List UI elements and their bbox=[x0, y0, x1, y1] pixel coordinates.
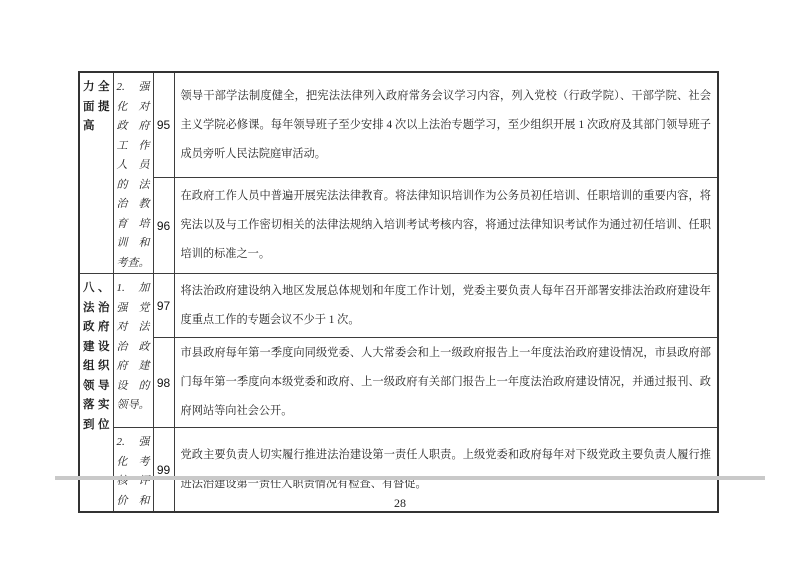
table-row: 96 在政府工作人员中普遍开展宪法法律教育。将法律知识培训作为公务员初任培训、任… bbox=[79, 178, 718, 274]
assessment-items-table: 力全面提高 2.强化对政府工作人员的法治教育培训和考查。 95 领导干部学法制度… bbox=[78, 71, 719, 513]
table-row: 98 市县政府每年第一季度向同级党委、人大常委会和上一级政府报告上一年度法治政府… bbox=[79, 338, 718, 428]
item-number: 96 bbox=[153, 178, 174, 274]
item-content: 市县政府每年第一季度向同级党委、人大常委会和上一级政府报告上一年度法治政府建设情… bbox=[174, 338, 718, 428]
item-number: 95 bbox=[153, 72, 174, 178]
table-row: 八、法治政府建设组织领导落实到位 1.加强党对法治政府建设的领导。 97 将法治… bbox=[79, 274, 718, 338]
measure-cell: 2.强化对政府工作人员的法治教育培训和考查。 bbox=[113, 72, 153, 274]
item-content: 领导干部学法制度健全，把宪法法律列入政府常务会议学习内容，列入党校（行政学院）、… bbox=[174, 72, 718, 178]
page-number: 28 bbox=[0, 496, 800, 511]
item-content: 将法治政府建设纳入地区发展总体规划和年度工作计划，党委主要负责人每年召开部署安排… bbox=[174, 274, 718, 338]
table-row: 力全面提高 2.强化对政府工作人员的法治教育培训和考查。 95 领导干部学法制度… bbox=[79, 72, 718, 178]
page-break-shadow bbox=[55, 476, 765, 480]
category-cell: 力全面提高 bbox=[79, 72, 113, 274]
item-number: 98 bbox=[153, 338, 174, 428]
document-page: 力全面提高 2.强化对政府工作人员的法治教育培训和考查。 95 领导干部学法制度… bbox=[0, 0, 800, 565]
measure-cell: 1.加强党对法治政府建设的领导。 bbox=[113, 274, 153, 428]
item-number: 97 bbox=[153, 274, 174, 338]
item-content: 在政府工作人员中普遍开展宪法法律教育。将法律知识培训作为公务员初任培训、任职培训… bbox=[174, 178, 718, 274]
